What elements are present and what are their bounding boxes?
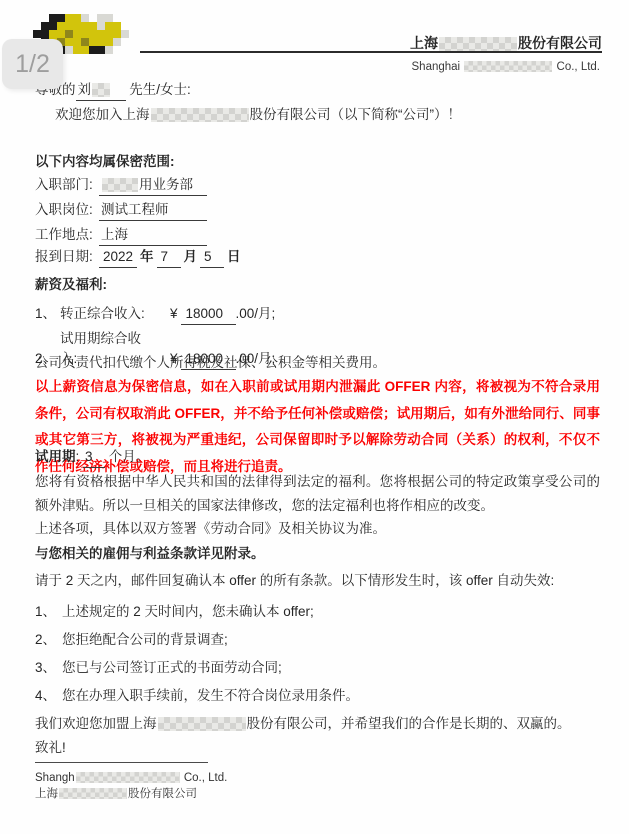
item-no: 1、 (35, 602, 62, 622)
closing-prefix: 我们欢迎您加盟上海 (35, 716, 157, 731)
redaction-mosaic (151, 108, 249, 122)
footer-company-en: Shangh Co., Ltd. (35, 771, 600, 786)
recipient-surname: 刘 (78, 82, 92, 97)
redaction-mosaic (92, 83, 110, 97)
position-label: 入职岗位: (35, 200, 99, 220)
item-text: 您拒绝配合公司的背景调查; (62, 632, 228, 647)
salary-suffix: .00/月; (236, 306, 276, 321)
item-no: 2、 (35, 630, 62, 650)
item-text: 您在办理入职手续前，发生不符合岗位录用条件。 (62, 688, 359, 703)
contract-note: 上述各项，具体以双方签署《劳动合同》及相关协议为准。 (35, 519, 600, 539)
department-text: 用业务部 (139, 177, 193, 192)
page-indicator-label: 1/2 (15, 50, 50, 79)
greeting-title: 先生/女士: (129, 82, 191, 97)
redaction-mosaic (439, 37, 517, 51)
department-label: 入职部门: (35, 175, 99, 195)
benefits-paragraph: 您将有资格根据中华人民共和国的法律得到法定的福利。您将根据公司的特定政策享受公司… (35, 470, 600, 518)
probation-line: 试用期: 3 个月。 (35, 447, 600, 468)
salary-amount: 18000 (181, 304, 236, 325)
field-location: 工作地点:上海 (35, 225, 600, 246)
tax-note: 公司负责代扣代缴个人所得税及社保、公积金等相关费用。 (35, 353, 600, 373)
header-company-cn-suffix: 股份有限公司 (518, 35, 602, 51)
footer-cn-suffix: 股份有限公司 (128, 788, 197, 800)
header-company-name-cn: 上海股份有限公司 (410, 33, 602, 53)
header-company-en-suffix: Co., Ltd. (557, 61, 600, 73)
start-date-day: 5 (200, 247, 224, 268)
closing-line: 我们欢迎您加盟上海股份有限公司，并希望我们的合作是长期的、双赢的。 (35, 714, 600, 734)
welcome-suffix: 股份有限公司（以下简称“公司”）！ (250, 107, 462, 122)
invalid-item: 2、您拒绝配合公司的背景调查; (35, 630, 600, 650)
reply-intro: 请于 2 天之内，邮件回复确认本 offer 的所有条款。以下情形发生时，该 o… (35, 571, 600, 591)
field-start-date: 报到日期:2022年7月5日 (35, 247, 600, 268)
confidential-heading: 以下内容均属保密范围: (35, 152, 600, 172)
footer-company-cn: 上海股份有限公司 (35, 787, 600, 802)
year-unit: 年 (140, 249, 154, 264)
field-department: 入职部门:用业务部 (35, 175, 600, 196)
start-date-month: 7 (157, 247, 181, 268)
probation-value: 3 (83, 447, 105, 468)
probation-colon: : (76, 449, 80, 464)
header-company-cn-prefix: 上海 (410, 35, 438, 51)
redaction-mosaic (59, 788, 127, 799)
welcome-line: 欢迎您加入上海股份有限公司（以下简称“公司”）！ (35, 105, 600, 125)
item-no: 4、 (35, 686, 62, 706)
header-company-name-en: Shanghai Co., Ltd. (412, 57, 600, 77)
probation-label: 试用期 (35, 449, 76, 464)
footer-en-prefix: Shangh (35, 772, 75, 784)
redaction-mosaic (464, 61, 552, 72)
salary-heading: 薪资及福利: (35, 275, 600, 295)
footer-en-suffix: Co., Ltd. (184, 772, 227, 784)
footer-cn-prefix: 上海 (35, 788, 58, 800)
welcome-prefix: 欢迎您加入上海 (55, 107, 150, 122)
salary-row-label: 转正综合收入: (60, 304, 156, 324)
start-date-year: 2022 (99, 247, 137, 268)
recipient-name: 刘 (76, 80, 126, 101)
department-value: 用业务部 (99, 175, 207, 196)
location-value: 上海 (99, 225, 207, 246)
closing-suffix: 股份有限公司，并希望我们的合作是长期的、双赢的。 (247, 716, 571, 731)
greeting-line: 尊敬的刘 先生/女士: (35, 80, 600, 101)
redaction-mosaic (102, 178, 138, 192)
signature-line (35, 762, 208, 763)
day-unit: 日 (227, 249, 241, 264)
start-date-label: 报到日期: (35, 247, 99, 267)
item-text: 您已与公司签订正式的书面劳动合同; (62, 660, 282, 675)
header-company-en-prefix: Shanghai (412, 61, 461, 73)
location-label: 工作地点: (35, 225, 99, 245)
currency-symbol: ¥ (170, 306, 178, 321)
salary-row-regular: 1、转正综合收入:¥18000.00/月; (35, 304, 600, 325)
salute-line: 致礼! (35, 738, 600, 758)
field-position: 入职岗位:测试工程师 (35, 200, 600, 221)
position-value: 测试工程师 (99, 200, 207, 221)
probation-suffix: 个月。 (109, 449, 150, 464)
redaction-mosaic (158, 717, 246, 731)
item-text: 上述规定的 2 天时间内，您未确认本 offer; (62, 604, 314, 619)
invalid-item: 1、上述规定的 2 天时间内，您未确认本 offer; (35, 602, 600, 622)
invalid-item: 3、您已与公司签订正式的书面劳动合同; (35, 658, 600, 678)
month-unit: 月 (184, 249, 198, 264)
item-no: 3、 (35, 658, 62, 678)
page-indicator-badge: 1/2 (2, 39, 63, 89)
invalid-item: 4、您在办理入职手续前，发生不符合岗位录用条件。 (35, 686, 600, 706)
redaction-mosaic (76, 772, 180, 783)
appendix-note: 与您相关的雇佣与利益条款详见附录。 (35, 544, 600, 564)
offer-letter-page: 1/2 上海股份有限公司 Shanghai Co., Ltd. 尊敬的刘 先生/… (0, 0, 629, 834)
salary-row-no: 1、 (35, 304, 60, 324)
